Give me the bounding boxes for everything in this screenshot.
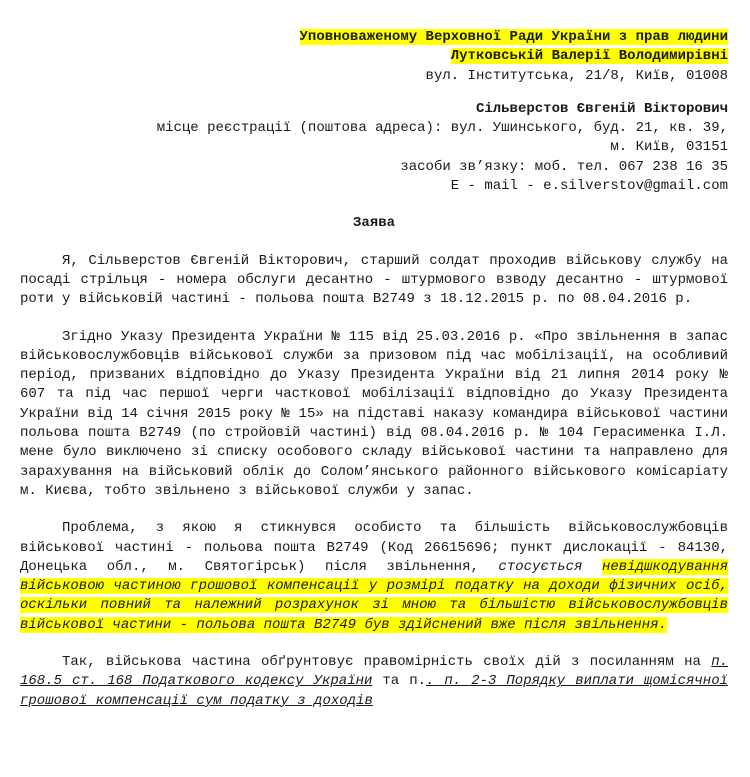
justification-text: Так, військова частина обґрунтовує право… — [62, 654, 701, 670]
document-page: Уповноваженому Верховної Ради України з … — [20, 28, 728, 729]
sender-name: Сільверстов Євгеній Вікторович — [20, 100, 728, 119]
sender-contact: засоби зв’язку: моб. тел. 067 238 16 35 — [20, 158, 728, 177]
sender-registration-line2: м. Київ, 03151 — [20, 138, 728, 157]
addressee-address: вул. Інститутська, 21/8, Київ, 01008 — [20, 67, 728, 86]
justification-connector: та п. — [382, 673, 426, 689]
sender-email: E - mail - e.silverstov@gmail.com — [20, 177, 728, 196]
sender-registration-line1: місце реєстрації (поштова адреса): вул. … — [20, 119, 728, 138]
paragraph-problem: Проблема, з якою я стикнувся особисто та… — [20, 519, 728, 635]
paragraph-justification: Так, військова частина обґрунтовує право… — [20, 653, 728, 711]
addressee-title: Уповноваженому Верховної Ради України з … — [300, 29, 728, 45]
sender-block: Сільверстов Євгеній Вікторович місце реє… — [20, 100, 728, 196]
document-title: Заява — [20, 214, 728, 233]
addressee-block: Уповноваженому Верховної Ради України з … — [20, 28, 728, 86]
paragraph-discharge: Згідно Указу Президента України № 115 ві… — [20, 328, 728, 502]
addressee-name: Лутковській Валерії Володимирівні — [451, 48, 728, 64]
problem-italic-text: стосується — [498, 559, 582, 575]
paragraph-service: Я, Сільверстов Євгеній Вікторович, старш… — [20, 252, 728, 310]
